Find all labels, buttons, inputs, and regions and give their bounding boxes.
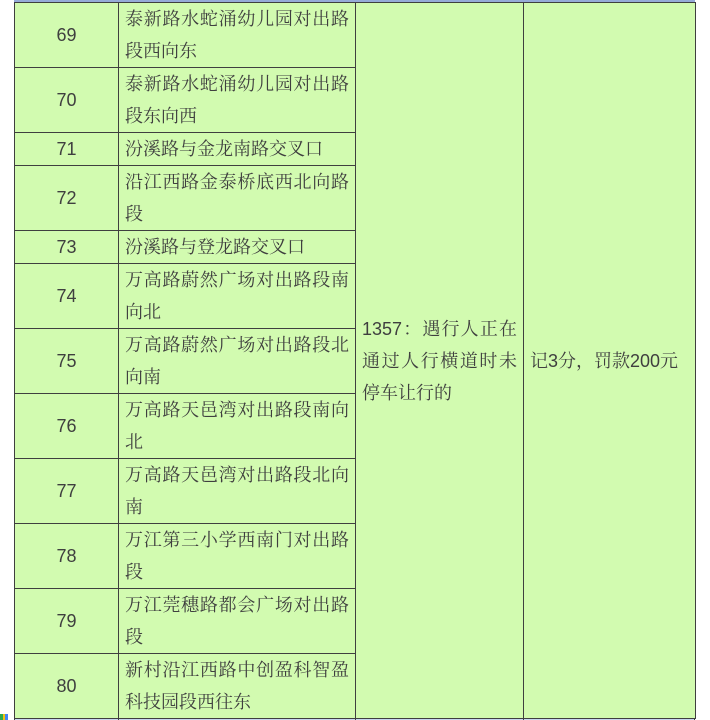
row-number-cell: 69 <box>15 3 119 68</box>
location-cell: 汾溪路与登龙路交叉口 <box>119 231 356 264</box>
location-cell: 万高路天邑湾对出路段北向南 <box>119 459 356 524</box>
row-number-cell: 78 <box>15 524 119 589</box>
location-cell: 汾溪路与金龙南路交叉口 <box>119 133 356 166</box>
row-number-cell: 73 <box>15 231 119 264</box>
violation-code-cell: 1357：遇行人正在通过人行横道时未停车让行的 <box>356 3 524 719</box>
row-number-cell: 76 <box>15 394 119 459</box>
location-cell: 万江第三小学西南门对出路段 <box>119 524 356 589</box>
page: 69泰新路水蛇涌幼儿园对出路段西向东1357：遇行人正在通过人行横道时未停车让行… <box>0 0 710 720</box>
row-number-cell: 72 <box>15 166 119 231</box>
traffic-violation-points-table: 69泰新路水蛇涌幼儿园对出路段西向东1357：遇行人正在通过人行横道时未停车让行… <box>14 2 696 719</box>
location-cell: 泰新路水蛇涌幼儿园对出路段东向西 <box>119 68 356 133</box>
location-cell: 泰新路水蛇涌幼儿园对出路段西向东 <box>119 3 356 68</box>
location-cell: 万高路蔚然广场对出路段南向北 <box>119 264 356 329</box>
row-number-cell: 75 <box>15 329 119 394</box>
row-number-cell: 79 <box>15 589 119 654</box>
location-cell: 万江莞穗路都会广场对出路段 <box>119 589 356 654</box>
table-body: 69泰新路水蛇涌幼儿园对出路段西向东1357：遇行人正在通过人行横道时未停车让行… <box>15 3 696 719</box>
row-number-cell: 77 <box>15 459 119 524</box>
location-cell: 万高路蔚然广场对出路段北向南 <box>119 329 356 394</box>
location-cell: 万高路天邑湾对出路段南向北 <box>119 394 356 459</box>
location-cell: 沿江西路金泰桥底西北向路段 <box>119 166 356 231</box>
location-cell: 新村沿江西路中创盈科智盈科技园段西往东 <box>119 654 356 719</box>
row-number-cell: 71 <box>15 133 119 166</box>
penalty-cell: 记3分，罚款200元 <box>524 3 696 719</box>
row-number-cell: 74 <box>15 264 119 329</box>
row-number-cell: 80 <box>15 654 119 719</box>
corner-artifact-icon <box>0 714 8 720</box>
row-number-cell: 70 <box>15 68 119 133</box>
table-row: 69泰新路水蛇涌幼儿园对出路段西向东1357：遇行人正在通过人行横道时未停车让行… <box>15 3 696 68</box>
